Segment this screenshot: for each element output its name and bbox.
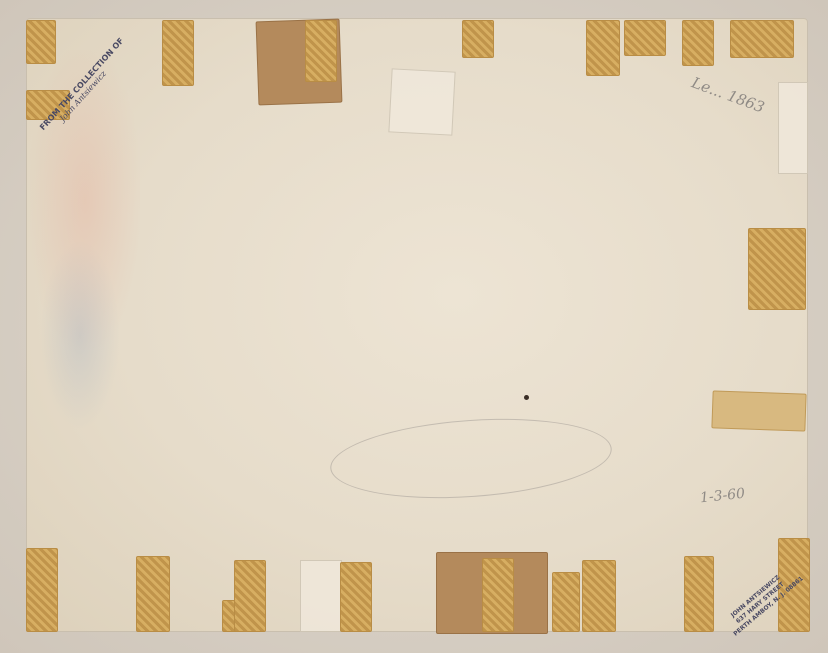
tape-strip xyxy=(624,20,666,56)
tape-strip xyxy=(234,560,266,632)
tape-strip xyxy=(711,390,806,431)
tape-strip xyxy=(26,548,58,632)
tape-strip xyxy=(748,228,806,310)
blue-stain xyxy=(40,240,120,430)
tape-strip xyxy=(482,558,514,632)
tape-strip xyxy=(730,20,794,58)
tape-strip xyxy=(462,20,494,58)
ink-dot xyxy=(524,395,529,400)
paper-fragment-top xyxy=(388,68,455,135)
tape-strip xyxy=(305,20,337,82)
tape-strip xyxy=(684,556,714,632)
tape-strip xyxy=(340,562,372,632)
tape-strip xyxy=(682,20,714,66)
tape-strip xyxy=(136,556,170,632)
paper-fragment-bottom xyxy=(300,560,342,632)
tape-strip xyxy=(552,572,580,632)
tape-strip xyxy=(586,20,620,76)
tape-strip xyxy=(26,20,56,64)
tape-strip xyxy=(162,20,194,86)
paper-fragment-right xyxy=(778,82,808,174)
tape-strip xyxy=(582,560,616,632)
